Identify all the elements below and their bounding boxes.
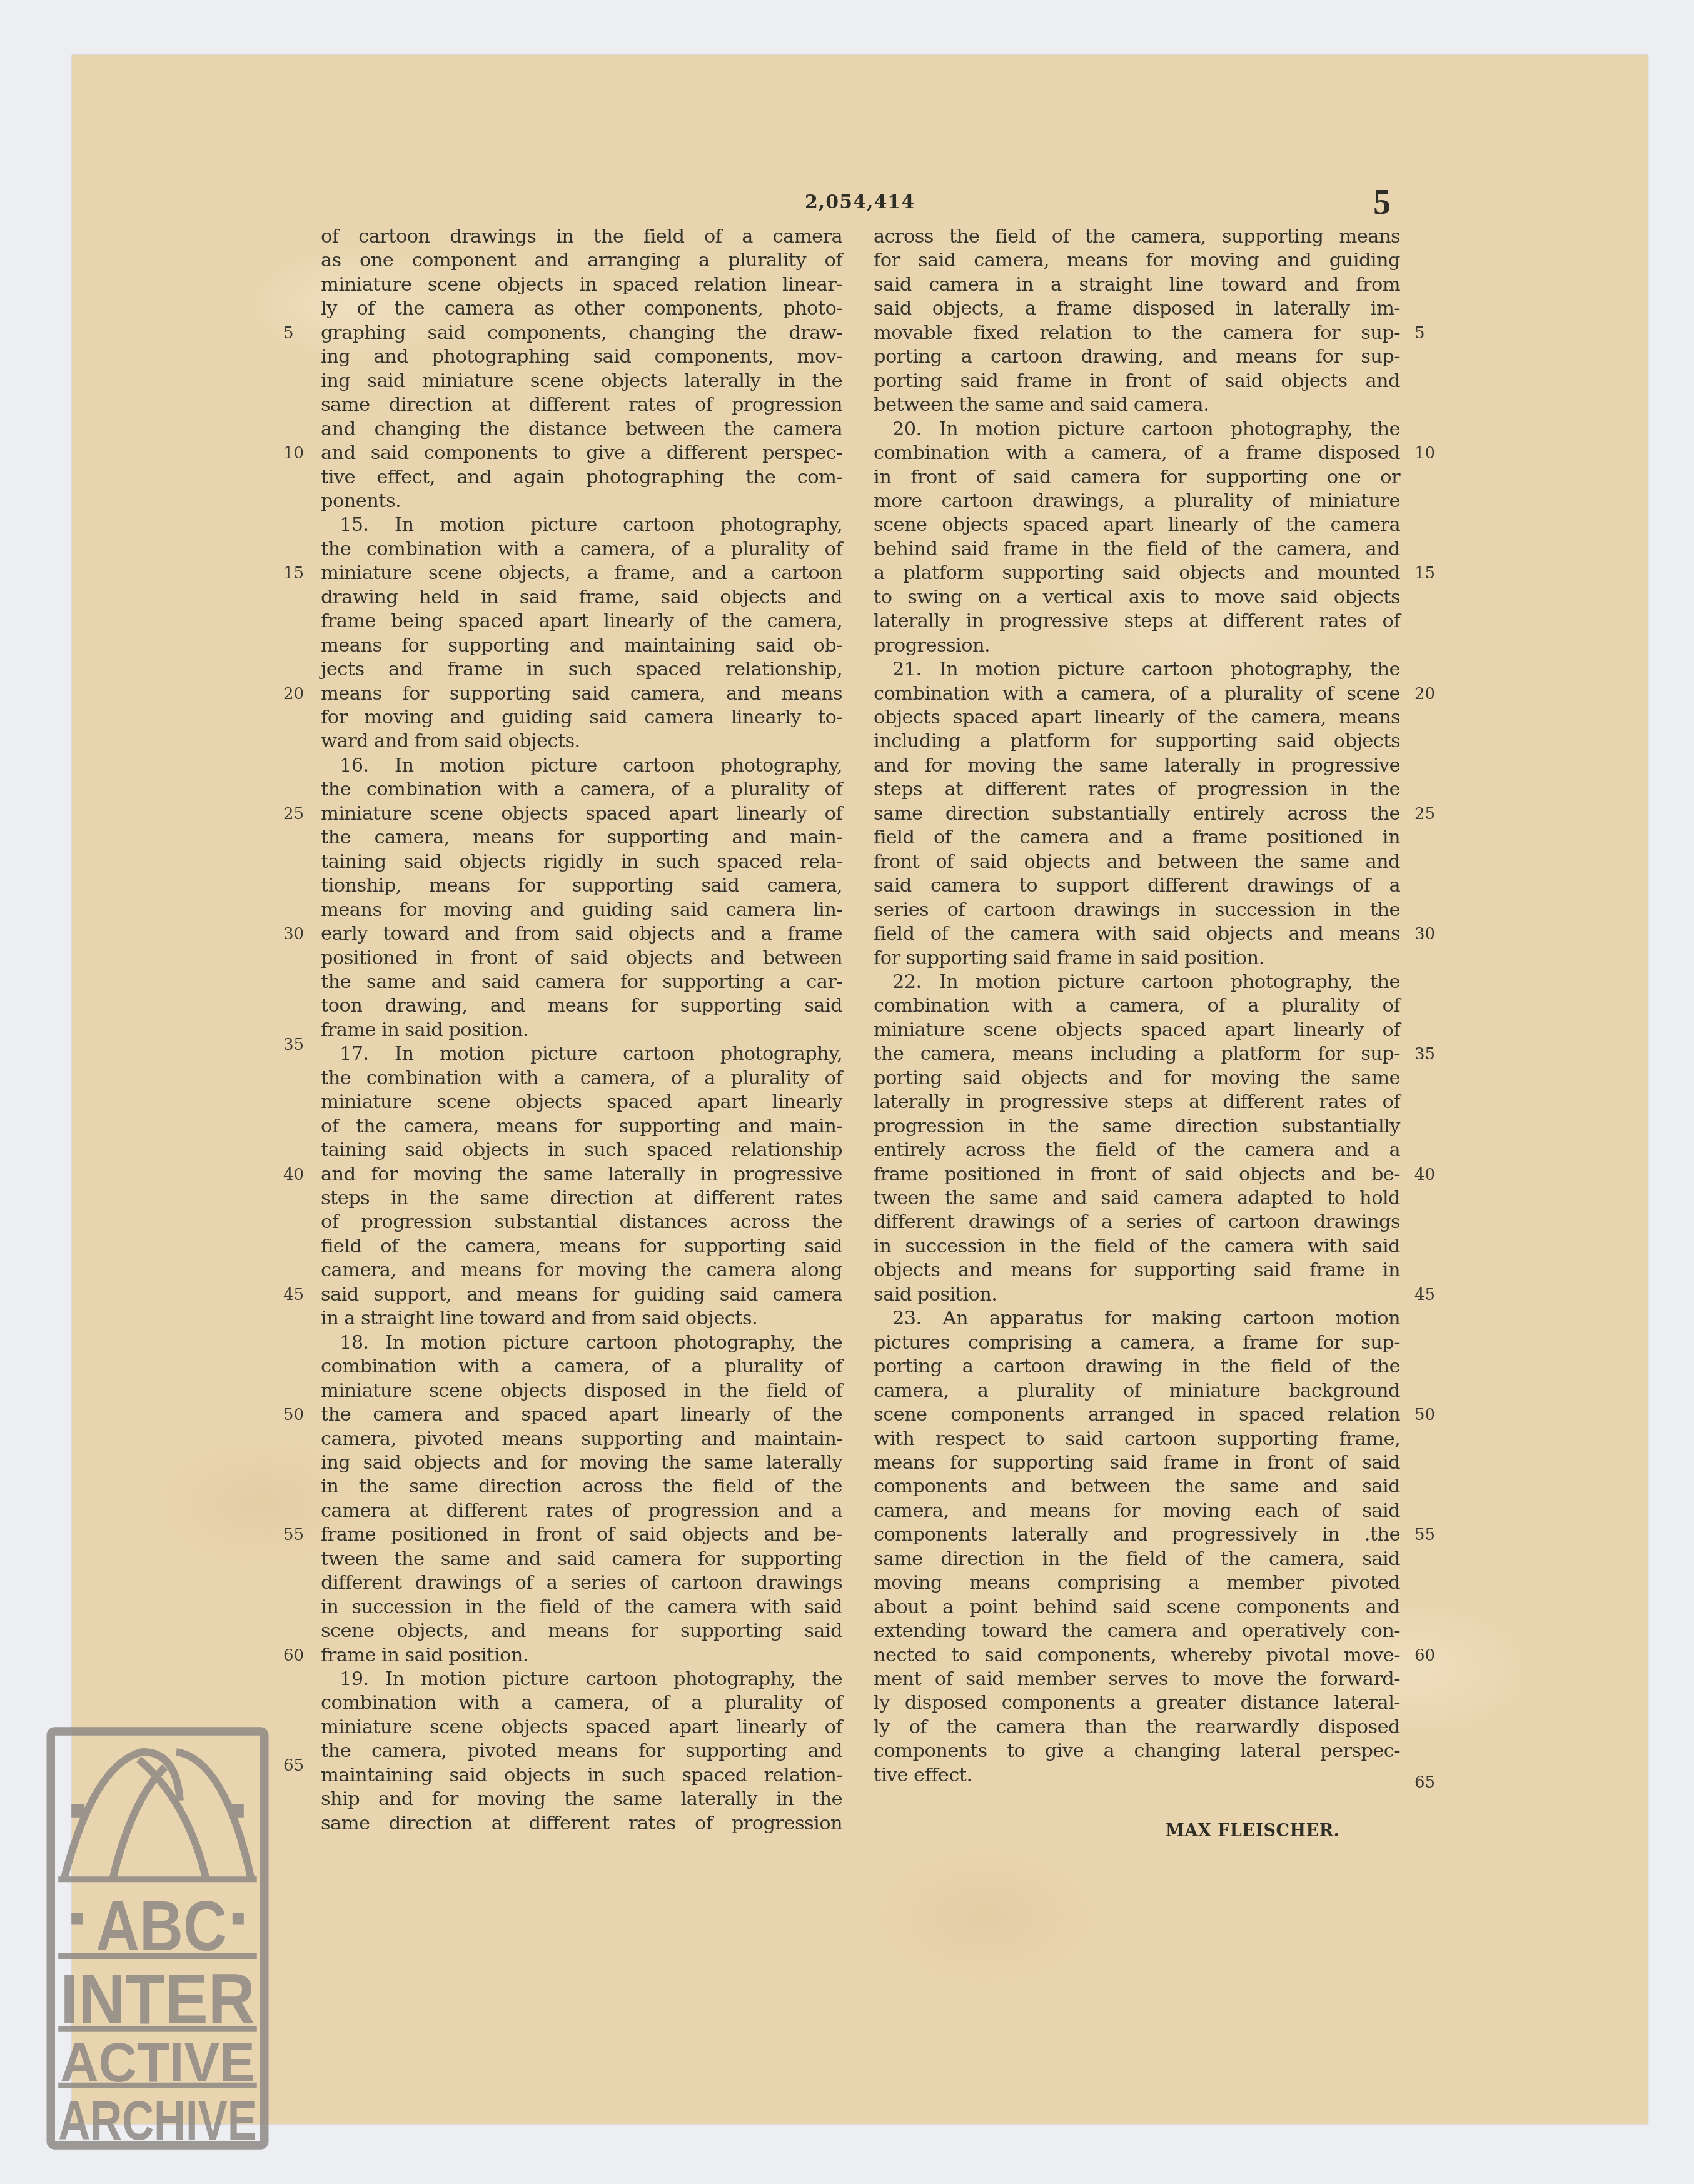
claim-text-line: the same and said camera for supporting … xyxy=(321,970,842,994)
claim-text-line: tionship, means for supporting said came… xyxy=(321,874,842,898)
line-number: 15 xyxy=(283,561,311,585)
claim-text-line: steps in the same direction at different… xyxy=(321,1187,842,1210)
claim-text-line: extending toward the camera and operativ… xyxy=(874,1619,1400,1643)
line-number: 60 xyxy=(283,1644,311,1668)
claim-text-line: camera at different rates of progression… xyxy=(321,1499,842,1523)
line-number: 50 xyxy=(283,1403,311,1427)
claim-text-line: ly of the camera as other components, ph… xyxy=(321,297,842,321)
line-number: 5 xyxy=(1414,321,1446,345)
page-number: 5 xyxy=(1373,183,1391,223)
claim-text-line: ly of the camera than the rearwardly dis… xyxy=(874,1716,1400,1739)
claim-text-line: early toward and from said objects and a… xyxy=(321,922,842,946)
claim-text-line: porting said frame in front of said obje… xyxy=(874,370,1400,393)
claim-text-line: components laterally and progressively i… xyxy=(874,1523,1400,1547)
claim-text-line: positioned in front of said objects and … xyxy=(321,947,842,970)
claim-text-line: the combination with a camera, of a plur… xyxy=(321,778,842,802)
claim-text-line: combination with a camera, of a pluralit… xyxy=(321,1355,842,1379)
claim-text-line: means for supporting and maintaining sai… xyxy=(321,634,842,658)
claim-text-line: the combination with a camera, of a plur… xyxy=(321,538,842,561)
line-number: 40 xyxy=(1414,1163,1446,1187)
claim-text-line: ward and from said objects. xyxy=(321,730,842,753)
claim-text-line: miniature scene objects spaced apart lin… xyxy=(874,1019,1400,1042)
claim-text-line: frame in said position. xyxy=(321,1644,842,1668)
claim-text-line: the camera, pivoted means for supporting… xyxy=(321,1739,842,1763)
claim-text-line: miniature scene objects spaced apart lin… xyxy=(321,1090,842,1114)
claim-text-line: same direction at different rates of pro… xyxy=(321,393,842,417)
claim-text-line: camera, pivoted means supporting and mai… xyxy=(321,1427,842,1451)
claim-text-line: about a point behind said scene componen… xyxy=(874,1596,1400,1619)
claim-text-line: said camera to support different drawing… xyxy=(874,874,1400,898)
claim-text-line: porting said objects and for moving the … xyxy=(874,1067,1400,1090)
claim-text-line: in succession in the field of the camera… xyxy=(321,1596,842,1619)
claim-text-line: ing said objects and for moving the same… xyxy=(321,1451,842,1475)
claim-text-line: camera, and means for moving each of sai… xyxy=(874,1499,1400,1523)
claim-text-line: between the same and said camera. xyxy=(874,393,1400,417)
line-number: 30 xyxy=(283,922,311,946)
claim-text-line: miniature scene objects, a frame, and a … xyxy=(321,561,842,585)
claim-text-line: said support, and means for guiding said… xyxy=(321,1283,842,1307)
claim-text-line: with respect to said cartoon supporting … xyxy=(874,1427,1400,1451)
claim-text-line: and said components to give a different … xyxy=(321,441,842,465)
claim-text-line: for moving and guiding said camera linea… xyxy=(321,706,842,730)
claim-text-line: 17. In motion picture cartoon photograph… xyxy=(321,1042,842,1066)
claim-text-line: frame positioned in front of said object… xyxy=(874,1163,1400,1187)
claim-text-line: jects and frame in such spaced relations… xyxy=(321,658,842,682)
claim-text-line: said objects, a frame disposed in latera… xyxy=(874,297,1400,321)
claim-text-line: frame in said position. xyxy=(321,1019,842,1042)
claim-text-line: to swing on a vertical axis to move said… xyxy=(874,586,1400,610)
claim-text-line: for supporting said frame in said positi… xyxy=(874,947,1400,970)
claim-text-line: in a straight line toward and from said … xyxy=(321,1307,842,1331)
claim-text-line: tive effect. xyxy=(874,1764,1400,1788)
line-number: 55 xyxy=(1414,1523,1446,1547)
claim-text-line: progression in the same direction substa… xyxy=(874,1115,1400,1139)
claim-text-line: means for supporting said camera, and me… xyxy=(321,682,842,706)
line-number: 40 xyxy=(283,1163,311,1187)
line-number: 45 xyxy=(283,1283,311,1307)
claim-text-line: tween the same and said camera for suppo… xyxy=(321,1547,842,1571)
claim-text-line: maintaining said objects in such spaced … xyxy=(321,1764,842,1788)
line-number: 30 xyxy=(1414,922,1446,946)
claim-text-line: combination with a camera, of a pluralit… xyxy=(321,1691,842,1715)
claim-text-line: means for supporting said frame in front… xyxy=(874,1451,1400,1475)
line-number: 50 xyxy=(1414,1403,1446,1427)
claim-text-line: 20. In motion picture cartoon photograph… xyxy=(874,418,1400,441)
claim-text-line: combination with a camera, of a pluralit… xyxy=(874,682,1400,706)
claim-text-line: same direction at different rates of pro… xyxy=(321,1812,842,1836)
claim-text-line: ponents. xyxy=(321,490,842,513)
claim-text-line: frame being spaced apart linearly of the… xyxy=(321,610,842,633)
patent-page xyxy=(72,55,1648,2124)
line-number: 55 xyxy=(283,1523,311,1547)
claim-text-line: miniature scene objects spaced apart lin… xyxy=(321,802,842,826)
claim-text-line: as one component and arranging a plurali… xyxy=(321,249,842,273)
line-number: 25 xyxy=(283,802,311,826)
patent-number: 2,054,414 xyxy=(805,191,915,213)
claim-text-line: and for moving the same laterally in pro… xyxy=(321,1163,842,1187)
claim-text-line: tween the same and said camera adapted t… xyxy=(874,1187,1400,1210)
claim-text-line: ing said miniature scene objects lateral… xyxy=(321,370,842,393)
claim-text-line: front of said objects and between the sa… xyxy=(874,850,1400,874)
claim-text-line: 19. In motion picture cartoon photograph… xyxy=(321,1668,842,1691)
claim-text-line: field of the camera with said objects an… xyxy=(874,922,1400,946)
claim-text-line: the camera, means including a platform f… xyxy=(874,1042,1400,1066)
line-number: 5 xyxy=(283,321,311,345)
line-number: 65 xyxy=(283,1754,311,1778)
svg-text:INTER: INTER xyxy=(60,1960,255,2039)
claim-text-line: progression. xyxy=(874,634,1400,658)
claim-text-line: miniature scene objects disposed in the … xyxy=(321,1379,842,1403)
claim-text-line: components and between the same and said xyxy=(874,1475,1400,1499)
line-number: 10 xyxy=(1414,441,1446,465)
claim-text-line: and for moving the same laterally in pro… xyxy=(874,754,1400,778)
claim-text-line: said position. xyxy=(874,1283,1400,1307)
claim-text-line: the combination with a camera, of a plur… xyxy=(321,1067,842,1090)
claim-text-line: 22. In motion picture cartoon photograph… xyxy=(874,970,1400,994)
claim-text-line: a platform supporting said objects and m… xyxy=(874,561,1400,585)
claim-text-line: camera, and means for moving the camera … xyxy=(321,1259,842,1282)
claim-text-line: field of the camera, means for supportin… xyxy=(321,1235,842,1259)
claim-text-line: combination with a camera, of a pluralit… xyxy=(874,994,1400,1018)
claim-text-line: taining said objects rigidly in such spa… xyxy=(321,850,842,874)
claim-text-line: field of the camera and a frame position… xyxy=(874,826,1400,850)
claim-text-line: objects and means for supporting said fr… xyxy=(874,1259,1400,1282)
claim-text-line: laterally in progressive steps at differ… xyxy=(874,1090,1400,1114)
svg-text:ARCHIVE: ARCHIVE xyxy=(58,2090,257,2151)
claim-text-line: 15. In motion picture cartoon photograph… xyxy=(321,513,842,537)
claim-text-line: the camera, means for supporting and mai… xyxy=(321,826,842,850)
claim-text-line: steps at different rates of progression … xyxy=(874,778,1400,802)
line-number: 45 xyxy=(1414,1283,1446,1307)
claim-text-line: 23. An apparatus for making cartoon moti… xyxy=(874,1307,1400,1331)
claim-text-line: tive effect, and again photographing the… xyxy=(321,466,842,490)
claim-text-line: across the field of the camera, supporti… xyxy=(874,225,1400,249)
claim-text-line: miniature scene objects in spaced relati… xyxy=(321,273,842,297)
line-number: 65 xyxy=(1414,1771,1446,1794)
claim-text-line: nected to said components, whereby pivot… xyxy=(874,1644,1400,1668)
claim-text-line: miniature scene objects spaced apart lin… xyxy=(321,1716,842,1739)
claim-text-line: 18. In motion picture cartoon photograph… xyxy=(321,1331,842,1355)
line-number: 25 xyxy=(1414,802,1446,826)
claim-text-line: in front of said camera for supporting o… xyxy=(874,466,1400,490)
claim-text-line: toon drawing, and means for supporting s… xyxy=(321,994,842,1018)
claim-text-line: behind said frame in the field of the ca… xyxy=(874,538,1400,561)
inventor-signature: MAX FLEISCHER. xyxy=(1166,1821,1339,1841)
claim-text-line: of cartoon drawings in the field of a ca… xyxy=(321,225,842,249)
claim-text-line: moving means comprising a member pivoted xyxy=(874,1571,1400,1595)
claim-text-line: movable fixed relation to the camera for… xyxy=(874,321,1400,345)
claim-text-line: different drawings of a series of cartoo… xyxy=(874,1210,1400,1234)
claim-text-line: combination with a camera, of a frame di… xyxy=(874,441,1400,465)
claim-text-line: same direction substantially entirely ac… xyxy=(874,802,1400,826)
svg-text:ACTIVE: ACTIVE xyxy=(60,2031,255,2094)
claim-text-line: laterally in progressive steps at differ… xyxy=(874,610,1400,633)
claim-text-line: ly disposed components a greater distanc… xyxy=(874,1691,1400,1715)
claim-text-line: including a platform for supporting said… xyxy=(874,730,1400,753)
claim-text-line: porting a cartoon drawing, and means for… xyxy=(874,345,1400,369)
claim-text-line: drawing held in said frame, said objects… xyxy=(321,586,842,610)
claim-text-line: for said camera, means for moving and gu… xyxy=(874,249,1400,273)
claim-text-line: taining said objects in such spaced rela… xyxy=(321,1139,842,1162)
claim-text-line: of progression substantial distances acr… xyxy=(321,1210,842,1234)
claim-text-line: series of cartoon drawings in succession… xyxy=(874,898,1400,922)
claim-text-line: components to give a changing lateral pe… xyxy=(874,1739,1400,1763)
claim-text-line: said camera in a straight line toward an… xyxy=(874,273,1400,297)
claim-text-line: scene components arranged in spaced rela… xyxy=(874,1403,1400,1427)
claim-text-line: camera, a plurality of miniature backgro… xyxy=(874,1379,1400,1403)
line-number: 35 xyxy=(1414,1042,1446,1066)
line-number: 60 xyxy=(1414,1644,1446,1668)
claim-text-line: graphing said components, changing the d… xyxy=(321,321,842,345)
svg-text:ABC: ABC xyxy=(96,1886,227,1966)
claim-text-line: scene objects, and means for supporting … xyxy=(321,1619,842,1643)
claim-text-line: the camera and spaced apart linearly of … xyxy=(321,1403,842,1427)
claim-text-line: pictures comprising a camera, a frame fo… xyxy=(874,1331,1400,1355)
claim-text-line: 16. In motion picture cartoon photograph… xyxy=(321,754,842,778)
line-number: 20 xyxy=(283,682,311,706)
claim-text-line: porting a cartoon drawing in the field o… xyxy=(874,1355,1400,1379)
claim-text-line: of the camera, means for supporting and … xyxy=(321,1115,842,1139)
claim-text-line: in the same direction across the field o… xyxy=(321,1475,842,1499)
claim-text-line: same direction in the field of the camer… xyxy=(874,1547,1400,1571)
line-number: 20 xyxy=(1414,682,1446,706)
claim-text-line: entirely across the field of the camera … xyxy=(874,1139,1400,1162)
claim-text-line: ment of said member serves to move the f… xyxy=(874,1668,1400,1691)
line-number: 35 xyxy=(283,1033,311,1057)
archive-logo-icon: ABC INTER ACTIVE ARCHIVE xyxy=(45,1726,270,2151)
line-number: 10 xyxy=(283,441,311,465)
claim-text-line: ing and photographing said components, m… xyxy=(321,345,842,369)
claim-text-line: ship and for moving the same laterally i… xyxy=(321,1788,842,1811)
claim-text-line: scene objects spaced apart linearly of t… xyxy=(874,513,1400,537)
claim-text-line: objects spaced apart linearly of the cam… xyxy=(874,706,1400,730)
claim-text-line: and changing the distance between the ca… xyxy=(321,418,842,441)
claim-text-line: in succession in the field of the camera… xyxy=(874,1235,1400,1259)
claim-text-line: means for moving and guiding said camera… xyxy=(321,898,842,922)
claim-text-line: 21. In motion picture cartoon photograph… xyxy=(874,658,1400,682)
line-number: 15 xyxy=(1414,561,1446,585)
claim-text-line: frame positioned in front of said object… xyxy=(321,1523,842,1547)
claim-text-line: different drawings of a series of cartoo… xyxy=(321,1571,842,1595)
claim-text-line: more cartoon drawings, a plurality of mi… xyxy=(874,490,1400,513)
